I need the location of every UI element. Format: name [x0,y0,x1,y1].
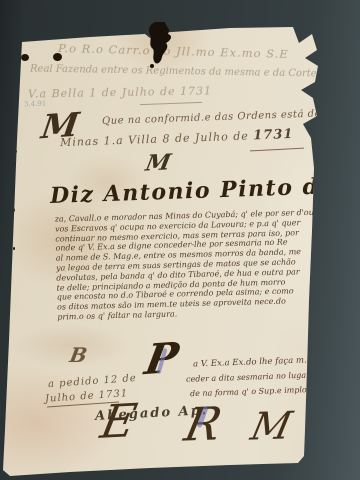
ink-speck [12,208,15,212]
header-year-underline [140,102,202,105]
petition-monogram: M [143,149,173,176]
dispatch-paraph-b: B [68,343,89,367]
document-paper: P.o R.o Carr.o do Jll.mo Ex.mo S.E Real … [0,0,360,480]
petition-body: za, Cavall.o e morador nas Minas do Cuya… [55,207,333,322]
ink-speck [13,247,15,250]
order-line-2-text: Minas 1.a Villa 8 de Julho de [60,129,249,149]
closing-letter-m: M [247,403,296,448]
photo-background: P.o R.o Carr.o do Jll.mo Ex.mo S.E Real … [0,0,360,480]
petition-heading: Diz Antonio Pinto de Sou [50,171,360,209]
closing-letter-e: E [96,393,141,449]
order-year: 1731 [253,127,294,143]
order-year-underline [250,148,304,152]
pencil-archival-note: 3.4.91 [24,100,47,109]
ink-speck [12,92,15,95]
ink-blot-large [143,22,177,70]
ink-blot-small [21,54,29,61]
order-line-1: Que na conformid.e das Ordens está de le [102,108,335,127]
ink-speck [14,150,17,153]
grant-line-1: a V. Ex.a Ex.do lhe faça m.ce Con [193,355,337,370]
ink-blot-small [53,53,62,61]
grant-line-2: ceder a dita sesmaria no lugar apontado [186,369,350,384]
header-line-3: V.a Bella 1 de Julho de 1731 [28,84,212,100]
order-line-2: Minas 1.a Villa 8 de Julho de 1731 [60,127,294,150]
